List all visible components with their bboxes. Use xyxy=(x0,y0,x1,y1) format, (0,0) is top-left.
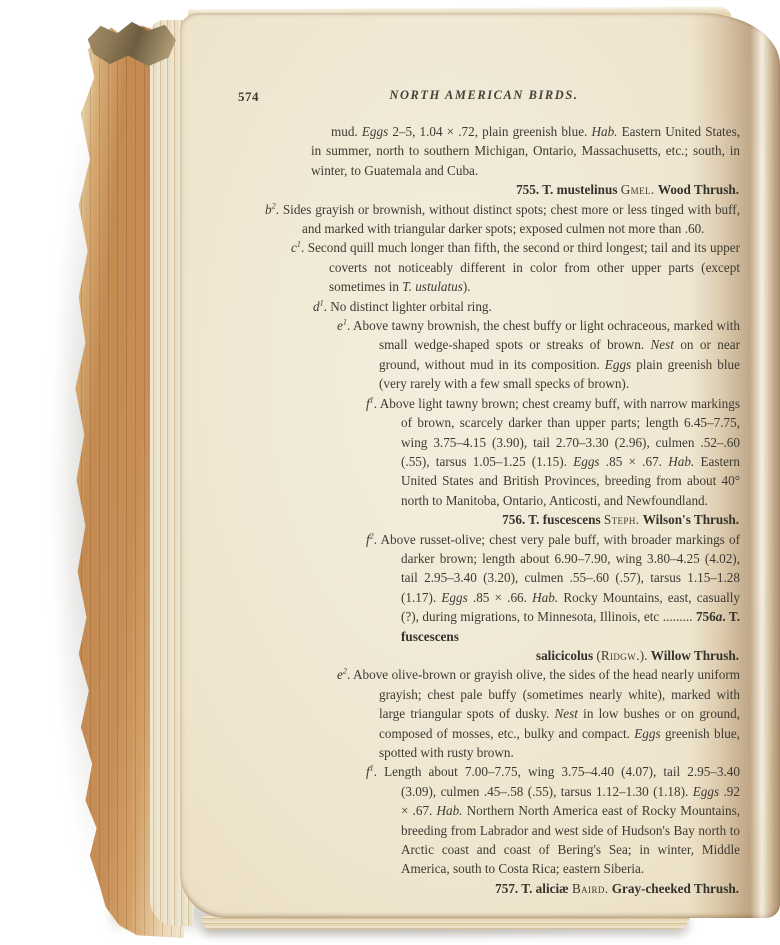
species-line: salicicolus (Ridgw.). Willow Thrush. xyxy=(238,646,740,665)
key-paragraph: f1. Length about 7.00–7.75, wing 3.75–4.… xyxy=(238,762,740,878)
key-paragraph: d1. No distinct lighter orbital ring. xyxy=(238,297,740,316)
printed-text-block: 574 NORTH AMERICAN BIRDS. mud. Eggs 2–5,… xyxy=(238,86,740,898)
species-line: 755. T. mustelinus Gmel. Wood Thrush. xyxy=(238,180,740,199)
key-paragraph: f1. Above light tawny brown; chest cream… xyxy=(238,394,740,510)
species-line: 757. T. aliciæ Baird. Gray-cheeked Thrus… xyxy=(238,879,740,898)
key-paragraph: c1. Second quill much longer than fifth,… xyxy=(238,238,740,296)
book-photo: 574 NORTH AMERICAN BIRDS. mud. Eggs 2–5,… xyxy=(0,0,780,945)
key-paragraph: e2. Above olive-brown or grayish olive, … xyxy=(238,665,740,762)
running-title: NORTH AMERICAN BIRDS. xyxy=(238,86,730,105)
key-paragraph: e1. Above tawny brownish, the chest buff… xyxy=(238,316,740,394)
key-text: mud. Eggs 2–5, 1.04 × .72, plain greenis… xyxy=(238,122,740,898)
key-paragraph: b2. Sides grayish or brownish, without d… xyxy=(238,200,740,239)
key-paragraph: mud. Eggs 2–5, 1.04 × .72, plain greenis… xyxy=(238,122,740,180)
species-line: 756. T. fuscescens Steph. Wilson's Thrus… xyxy=(238,510,740,529)
running-head: 574 NORTH AMERICAN BIRDS. xyxy=(238,86,740,106)
key-paragraph: f2. Above russet-olive; chest very pale … xyxy=(238,530,740,646)
